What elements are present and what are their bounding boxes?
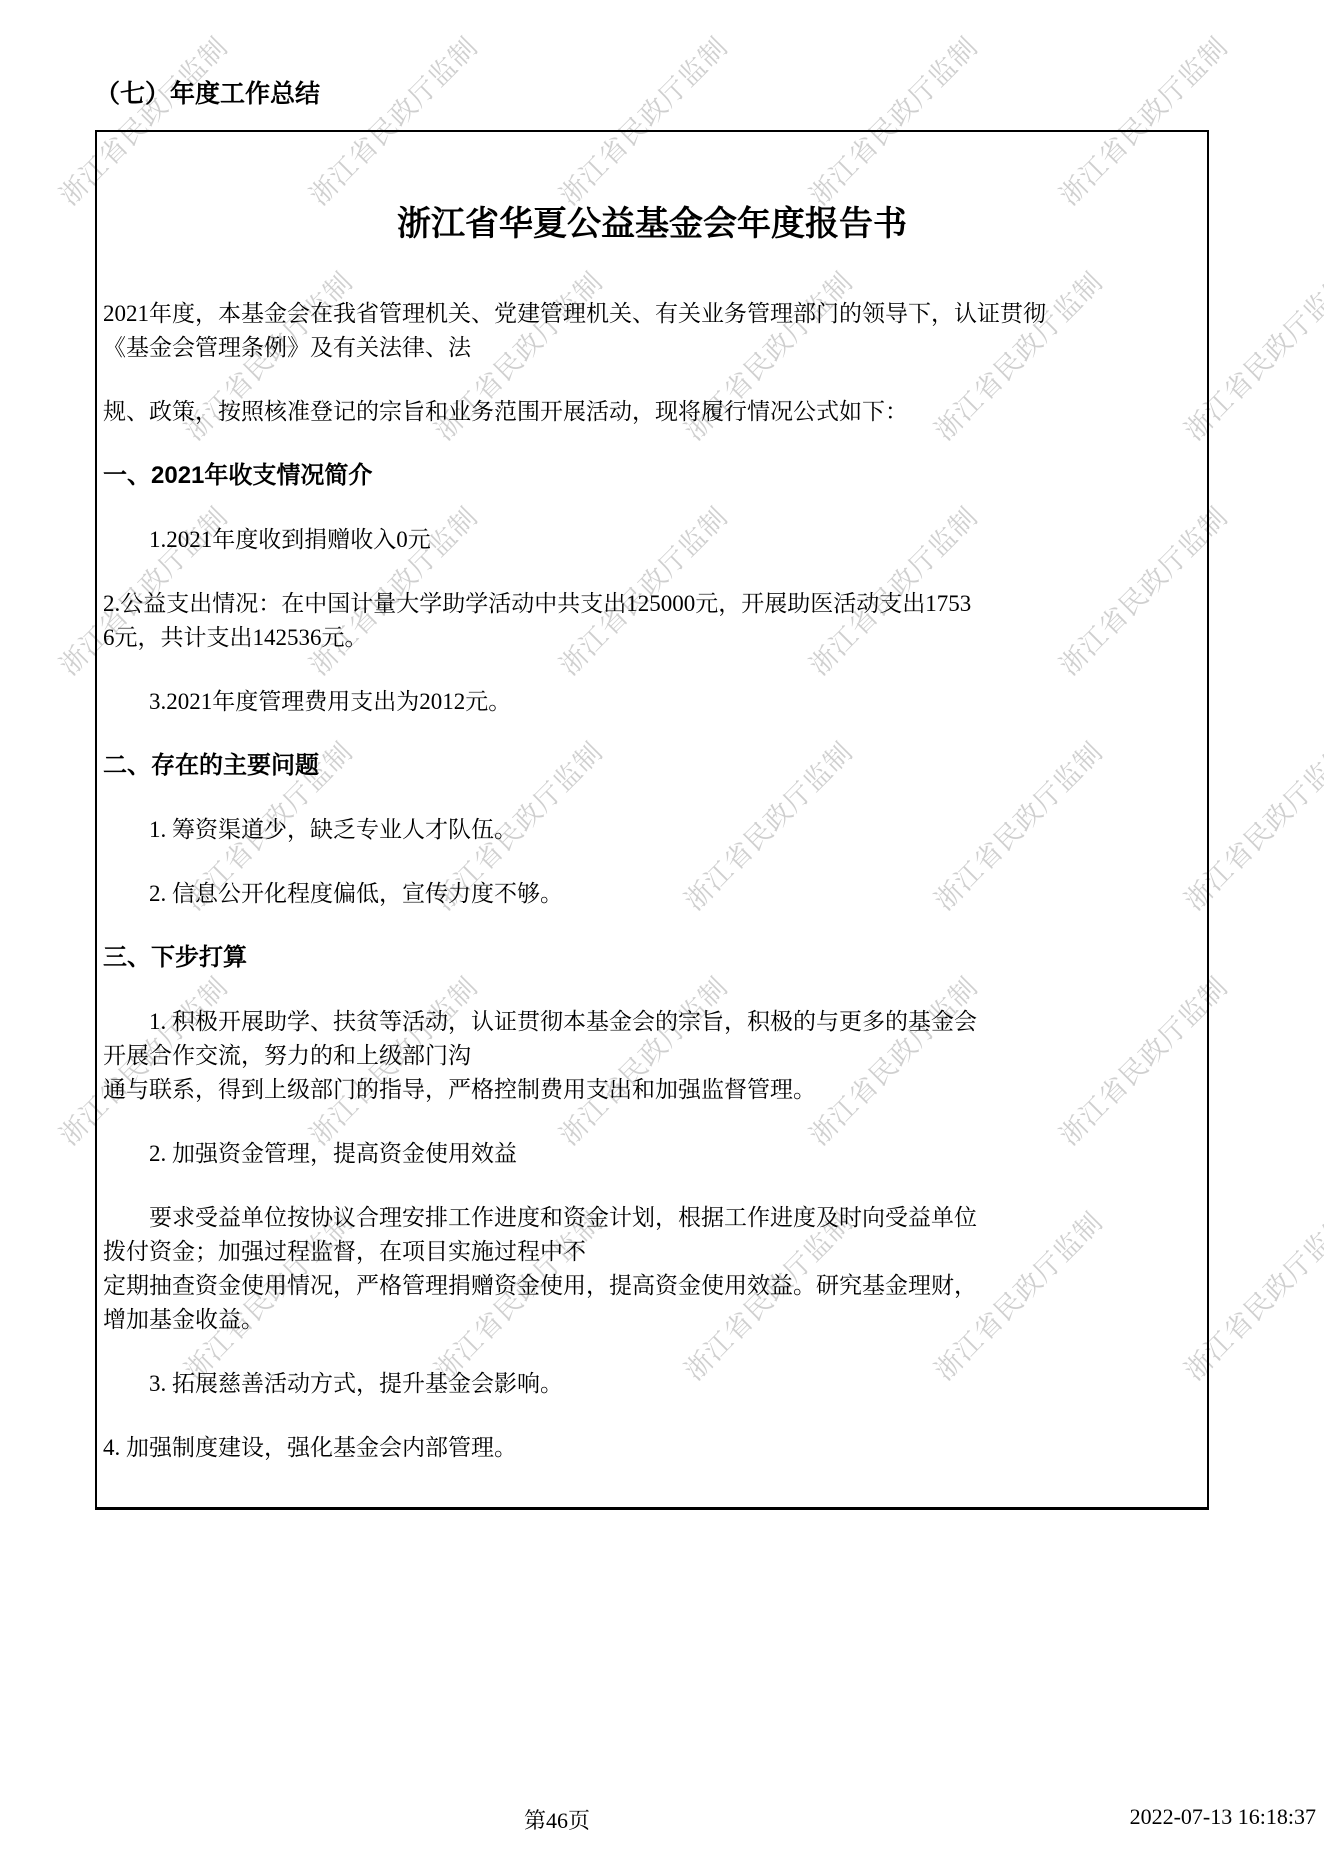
report-paragraph: 要求受益单位按协议合理安排工作进度和资金计划，根据工作进度及时向受益单位 拨付资… <box>103 1201 1201 1337</box>
section-heading: （七）年度工作总结 <box>95 74 320 110</box>
footer-timestamp: 2022-07-13 16:18:37 <box>1130 1804 1316 1830</box>
report-paragraph: 2021年度，本基金会在我省管理机关、党建管理机关、有关业务管理部门的领导下，认… <box>103 297 1201 365</box>
report-paragraph: 1. 积极开展助学、扶贫等活动，认证贯彻本基金会的宗旨，积极的与更多的基金会 开… <box>103 1005 1201 1107</box>
report-section-heading: 二、存在的主要问题 <box>103 749 1201 783</box>
report-body: 2021年度，本基金会在我省管理机关、党建管理机关、有关业务管理部门的领导下，认… <box>103 297 1201 1465</box>
report-paragraph: 2. 信息公开化程度偏低，宣传力度不够。 <box>103 877 1201 911</box>
report-paragraph: 1. 筹资渠道少，缺乏专业人才队伍。 <box>103 813 1201 847</box>
report-section-heading: 一、2021年收支情况简介 <box>103 459 1201 493</box>
report-title: 浙江省华夏公益基金会年度报告书 <box>103 196 1201 245</box>
report-paragraph: 4. 加强制度建设，强化基金会内部管理。 <box>103 1431 1201 1465</box>
report-section-heading: 三、下步打算 <box>103 941 1201 975</box>
report-box: 浙江省华夏公益基金会年度报告书 2021年度，本基金会在我省管理机关、党建管理机… <box>95 130 1209 1510</box>
report-paragraph: 规、政策，按照核准登记的宗旨和业务范围开展活动，现将履行情况公式如下： <box>103 395 1201 429</box>
report-paragraph: 1.2021年度收到捐赠收入0元 <box>103 523 1201 557</box>
report-paragraph: 3. 拓展慈善活动方式，提升基金会影响。 <box>103 1367 1201 1401</box>
report-paragraph: 2.公益支出情况：在中国计量大学助学活动中共支出125000元，开展助医活动支出… <box>103 587 1201 655</box>
footer-page-number: 第46页 <box>497 1804 617 1835</box>
report-paragraph: 3.2021年度管理费用支出为2012元。 <box>103 685 1201 719</box>
report-paragraph: 2. 加强资金管理，提高资金使用效益 <box>103 1137 1201 1171</box>
